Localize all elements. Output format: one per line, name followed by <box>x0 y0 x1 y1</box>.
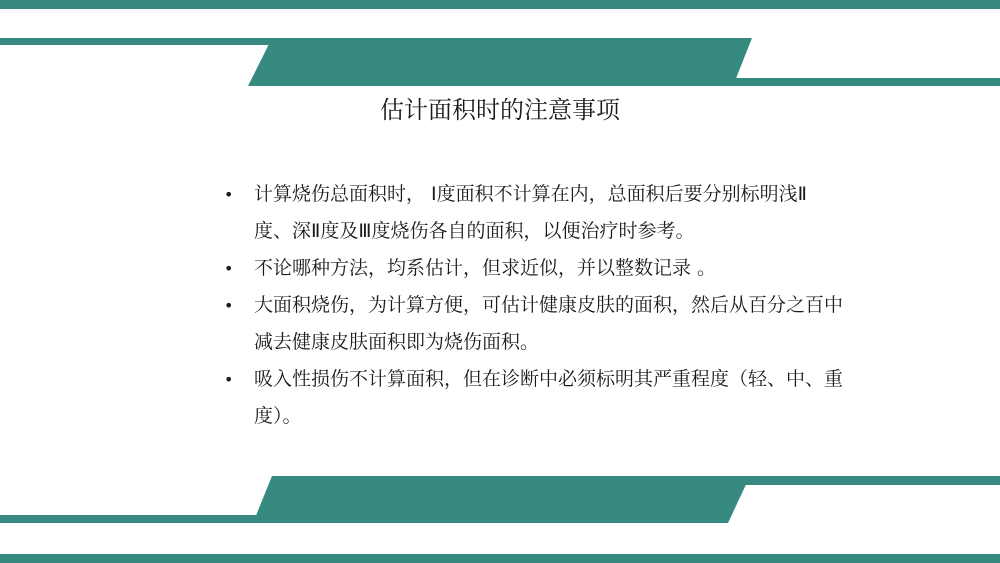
bullet-text: 计算烧伤总面积时， Ⅰ度面积不计算在内，总面积后要分别标明浅Ⅱ度、深Ⅱ度及Ⅲ度烧… <box>254 183 807 242</box>
bullet-item: • 大面积烧伤，为计算方便，可估计健康皮肤的面积，然后从百分之百中减去健康皮肤面… <box>224 287 844 361</box>
top-band <box>0 0 1000 9</box>
top-parallelogram <box>248 38 752 86</box>
bullet-text: 吸入性损伤不计算面积，但在诊断中必须标明其严重程度（轻、中、重度）。 <box>254 368 843 427</box>
top-right-bar <box>730 78 1000 86</box>
bullet-item: • 吸入性损伤不计算面积，但在诊断中必须标明其严重程度（轻、中、重度）。 <box>224 361 844 435</box>
bottom-left-bar <box>0 515 260 523</box>
top-left-bar <box>0 38 275 45</box>
bottom-parallelogram <box>253 476 750 523</box>
bullet-text: 不论哪种方法，均系估计，但求近似，并以整数记录 。 <box>254 257 716 279</box>
bullet-text: 大面积烧伤，为计算方便，可估计健康皮肤的面积，然后从百分之百中减去健康皮肤面积即… <box>254 294 843 353</box>
bullet-item: • 计算烧伤总面积时， Ⅰ度面积不计算在内，总面积后要分别标明浅Ⅱ度、深Ⅱ度及Ⅲ… <box>224 176 844 250</box>
bullet-icon: • <box>224 287 233 324</box>
bottom-band <box>0 554 1000 563</box>
slide-title: 估计面积时的注意事项 <box>0 90 1000 125</box>
bullet-item: • 不论哪种方法，均系估计，但求近似，并以整数记录 。 <box>224 250 844 287</box>
bullet-icon: • <box>224 250 233 287</box>
bullet-icon: • <box>224 361 233 398</box>
bullet-icon: • <box>224 176 233 213</box>
bottom-right-bar <box>740 476 1000 485</box>
bullet-list: • 计算烧伤总面积时， Ⅰ度面积不计算在内，总面积后要分别标明浅Ⅱ度、深Ⅱ度及Ⅲ… <box>224 176 844 435</box>
